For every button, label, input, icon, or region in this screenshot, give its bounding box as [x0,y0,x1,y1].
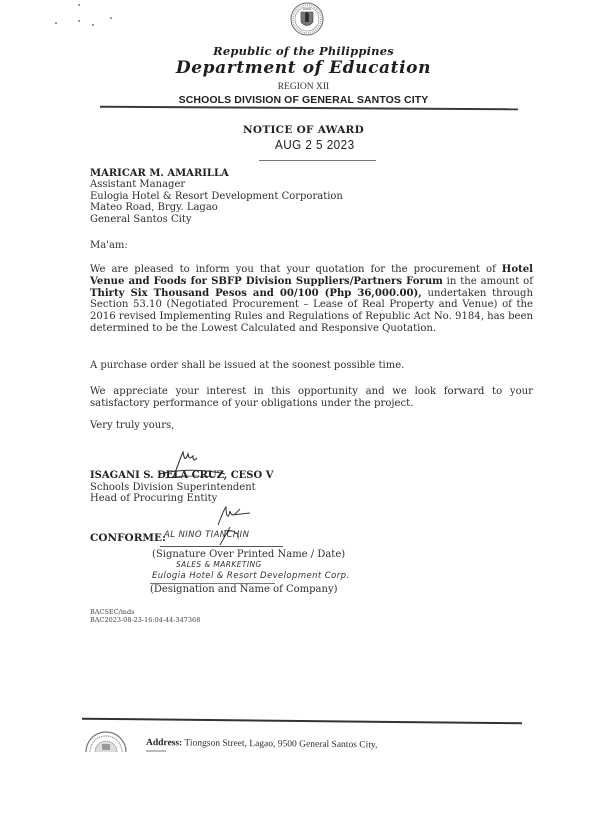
reference-block: BACSEC/mds BAC2023-08-23-16:04-44-347368 [90,608,200,624]
header-divider [100,106,518,110]
notice-title: NOTICE OF AWARD [0,124,607,136]
conforme-label: CONFORME: [90,532,166,544]
division-seal-icon [84,730,129,752]
department-name: Department of Education [0,58,607,78]
division-name: SCHOOLS DIVISION OF GENERAL SANTOS CITY [0,94,607,106]
address-value: Tiongson Street, Lagao, 9500 General San… [182,738,377,750]
signatory-name: ISAGANI S. DELA CRUZ, CESO V [90,470,273,482]
footer-divider [82,718,522,724]
date-divider [259,160,376,161]
award-paragraph: We are pleased to inform you that your q… [90,264,533,335]
salutation: Ma'am: [90,240,128,251]
recipient-company: Eulogia Hotel & Resort Development Corpo… [90,191,535,202]
address-label: Address: [146,738,182,748]
reference-initials: BACSEC/mds [90,608,200,616]
recipient-name: MARICAR M. AMARILLA [90,168,535,179]
designation-caption: (Designation and Name of Company) [150,584,338,595]
conforme-signature-line [160,546,283,547]
recipient-position: Assistant Manager [90,179,535,190]
scan-speck [78,20,80,22]
appreciation-paragraph: We appreciate your interest in this oppo… [90,386,533,410]
recipient-street: Mateo Road, Brgy. Lagao [90,202,535,213]
recipient-block: MARICAR M. AMARILLA Assistant Manager Eu… [90,168,535,225]
conforme-handwritten-company: Eulogia Hotel & Resort Development Corp. [152,571,349,581]
date-stamp: AUG 2 5 2023 [275,137,355,152]
region-label: REGION XII [0,82,607,92]
scan-speck [78,4,80,6]
footer-cutoff-text [146,750,166,752]
signatory-role: Head of Procuring Entity [90,493,273,505]
purchase-order-paragraph: A purchase order shall be issued at the … [90,360,404,371]
conforme-signature-icon [210,505,270,547]
recipient-city: General Santos City [90,214,535,225]
award-text-mid: in the amount of [443,276,533,287]
award-amount: Thirty Six Thousand Pesos and 00/100 (Ph… [90,288,422,299]
closing-line: Very truly yours, [90,420,174,431]
signature-caption: (Signature Over Printed Name / Date) [152,549,345,560]
reference-code: BAC2023-08-23-16:04-44-347368 [90,616,200,624]
signatory-title: Schools Division Superintendent [90,482,273,494]
deped-seal-icon [290,2,324,36]
award-text-intro: We are pleased to inform you that your q… [90,264,502,275]
footer-address: Address: Tiongson Street, Lagao, 9500 Ge… [146,738,378,750]
republic-line: Republic of the Philippines [0,44,607,58]
conforme-handwritten-name: AL NINO TIANCHIN [164,530,249,540]
scan-speck [55,22,57,24]
scan-speck [92,24,94,26]
scan-speck [110,17,112,19]
signatory-block: ISAGANI S. DELA CRUZ, CESO V Schools Div… [90,470,273,505]
conforme-handwritten-designation: SALES & MARKETING [176,560,262,569]
